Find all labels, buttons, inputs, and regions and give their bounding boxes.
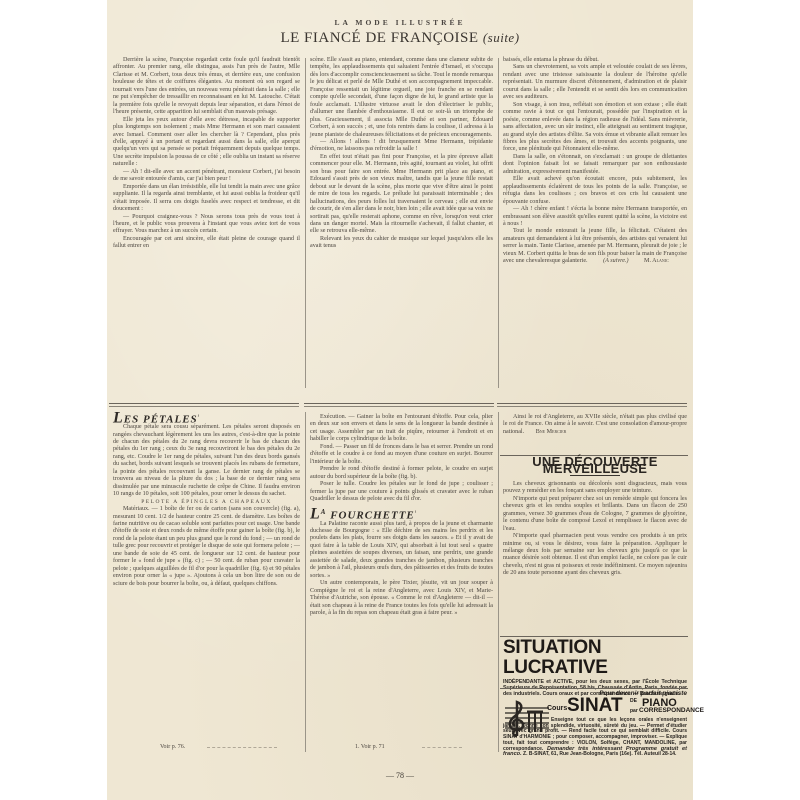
story-paragraph: Son visage, à son insu, reflétait son ém… (503, 102, 687, 154)
story-paragraph: En effet tout n'était pas fini pour Fran… (310, 154, 493, 236)
ad-rule (500, 688, 688, 689)
ad-sinat-text: Enseigne tout ce que les leçons orales n… (503, 718, 687, 758)
magazine-page: LA MODE ILLUSTRÉE LE FIANCÉ DE FRANÇOISE… (107, 0, 693, 800)
petales-footnote: Voir p. 76. (160, 744, 185, 750)
fourchette-paragraph: Un autre contemporain, le père Tixier, j… (310, 580, 493, 617)
story-title-suffix: (suite) (483, 30, 520, 45)
ad-sinat: Pour devenir parfait pianiste Cours SINA… (503, 690, 687, 758)
ad-hair: UNE DÉCOUVERTE MERVEILLEUSE Les cheveux … (503, 458, 687, 578)
petales-text: Chaque pétale sera cousu séparément. Les… (113, 424, 300, 499)
ad-hair-paragraph: N'importe qui peut préparer chez soi un … (503, 496, 687, 533)
footnote-rule (207, 747, 277, 748)
story-author: M. Alanic (644, 258, 669, 264)
column-divider (305, 58, 306, 388)
story-column-3: baissés, elle entama la phrase du début.… (503, 57, 687, 266)
ad-sinat-address: Z. B-SINAT, 61, Rue Jean-Bologne, Paris … (523, 751, 676, 757)
story-paragraph: Elle jeta les yeux autour d'elle avec dé… (113, 117, 300, 169)
execution-paragraph: Poser le tulle. Coudre les pétales sur l… (310, 481, 493, 503)
story-paragraph: Relevant les yeux du cahier de musique s… (310, 236, 493, 251)
fourchette-author: Bne Mercier (536, 429, 567, 435)
story-paragraph: Tout le monde entourait la jeune fille, … (503, 228, 687, 265)
section-rule (109, 403, 299, 407)
story-paragraph: Sans un chevrotement, sa voix ample et v… (503, 64, 687, 101)
story-paragraph: Emportée dans un élan irrésistible, elle… (113, 184, 300, 214)
execution-paragraph: Prendre le rond d'étoffe destiné à forme… (310, 466, 493, 481)
execution-paragraph: Fond. — Passer un fil de fronces dans le… (310, 444, 493, 466)
pelote-subheading: PELOTE A ÉPINGLES A CHAPEAUX (113, 499, 300, 506)
story-title: LE FIANCÉ DE FRANÇOISE (suite) (107, 30, 693, 47)
pelote-materials: Matériaux. — 1 boîte de fer ou de carton… (113, 506, 300, 588)
footnote-rule (422, 747, 462, 748)
page-number: — 78 — (107, 771, 693, 780)
section-rule (497, 403, 687, 407)
petales-column: LES PÉTALES¹ Chaque pétale sera cousu sé… (113, 414, 300, 588)
story-paragraph: baissés, elle entama la phrase du début. (503, 57, 687, 64)
column-divider (498, 58, 499, 388)
fourchette-heading: LA FOURCHETTE¹ (310, 509, 493, 520)
story-paragraph: Elle avait achevé qu'on écoutait encore,… (503, 176, 687, 206)
story-title-text: LE FIANCÉ DE FRANÇOISE (280, 30, 478, 46)
story-paragraph: — Pourquoi craignez-vous ? Nous serons t… (113, 214, 300, 236)
story-paragraph: Derrière la scène, Françoise regardait c… (113, 57, 300, 117)
execution-column: Exécution. — Gainer la boîte en l'entour… (310, 414, 493, 617)
fourchette-paragraph: Ainsi le roi d'Angleterre, au XVIIe sièc… (503, 414, 687, 436)
story-column-2: scène. Elle s'assit au piano, entendant,… (310, 57, 493, 251)
petales-heading: LES PÉTALES¹ (113, 414, 300, 424)
column-divider (305, 412, 306, 752)
story-paragraph: — Allons ! allons ! dit brusquement Mme … (310, 139, 493, 154)
ad-hair-paragraph: N'importe quel pharmacien peut vous vend… (503, 533, 687, 578)
story-paragraph: — Ah ! chère enfant ! s'écria la bonne m… (503, 206, 687, 228)
to-be-continued: (A suivre.) (603, 258, 628, 264)
ad-situation-heading: SITUATION LUCRATIVE (503, 638, 687, 678)
right-lower-column: Ainsi le roi d'Angleterre, au XVIIe sièc… (503, 414, 687, 436)
ad-hair-paragraph: Les cheveux grisonnants ou décolorés son… (503, 481, 687, 496)
story-paragraph: scène. Elle s'assit au piano, entendant,… (310, 57, 493, 139)
running-head: LA MODE ILLUSTRÉE (107, 18, 693, 27)
story-paragraph: Dans la salle, on s'étonnait, on s'excla… (503, 154, 687, 176)
fourchette-paragraph: La Palatine raconte aussi plus tard, à p… (310, 521, 493, 581)
execution-paragraph: Exécution. — Gainer la boîte en l'entour… (310, 414, 493, 444)
story-paragraph: — Ah ! dit-elle avec un accent pénétrant… (113, 169, 300, 184)
ad-hair-heading: UNE DÉCOUVERTE MERVEILLEUSE (503, 458, 687, 473)
ad-sinat-title: Cours SINAT DE PIANO par CORRESPONDANCE (547, 697, 687, 715)
story-paragraph: Encouragée par cet ami sincère, elle éta… (113, 236, 300, 251)
story-column-1: Derrière la scène, Françoise regardait c… (113, 57, 300, 251)
fourchette-footnote: 1. Voir p. 71 (355, 744, 385, 750)
column-divider (498, 412, 499, 752)
section-rule (304, 403, 494, 407)
